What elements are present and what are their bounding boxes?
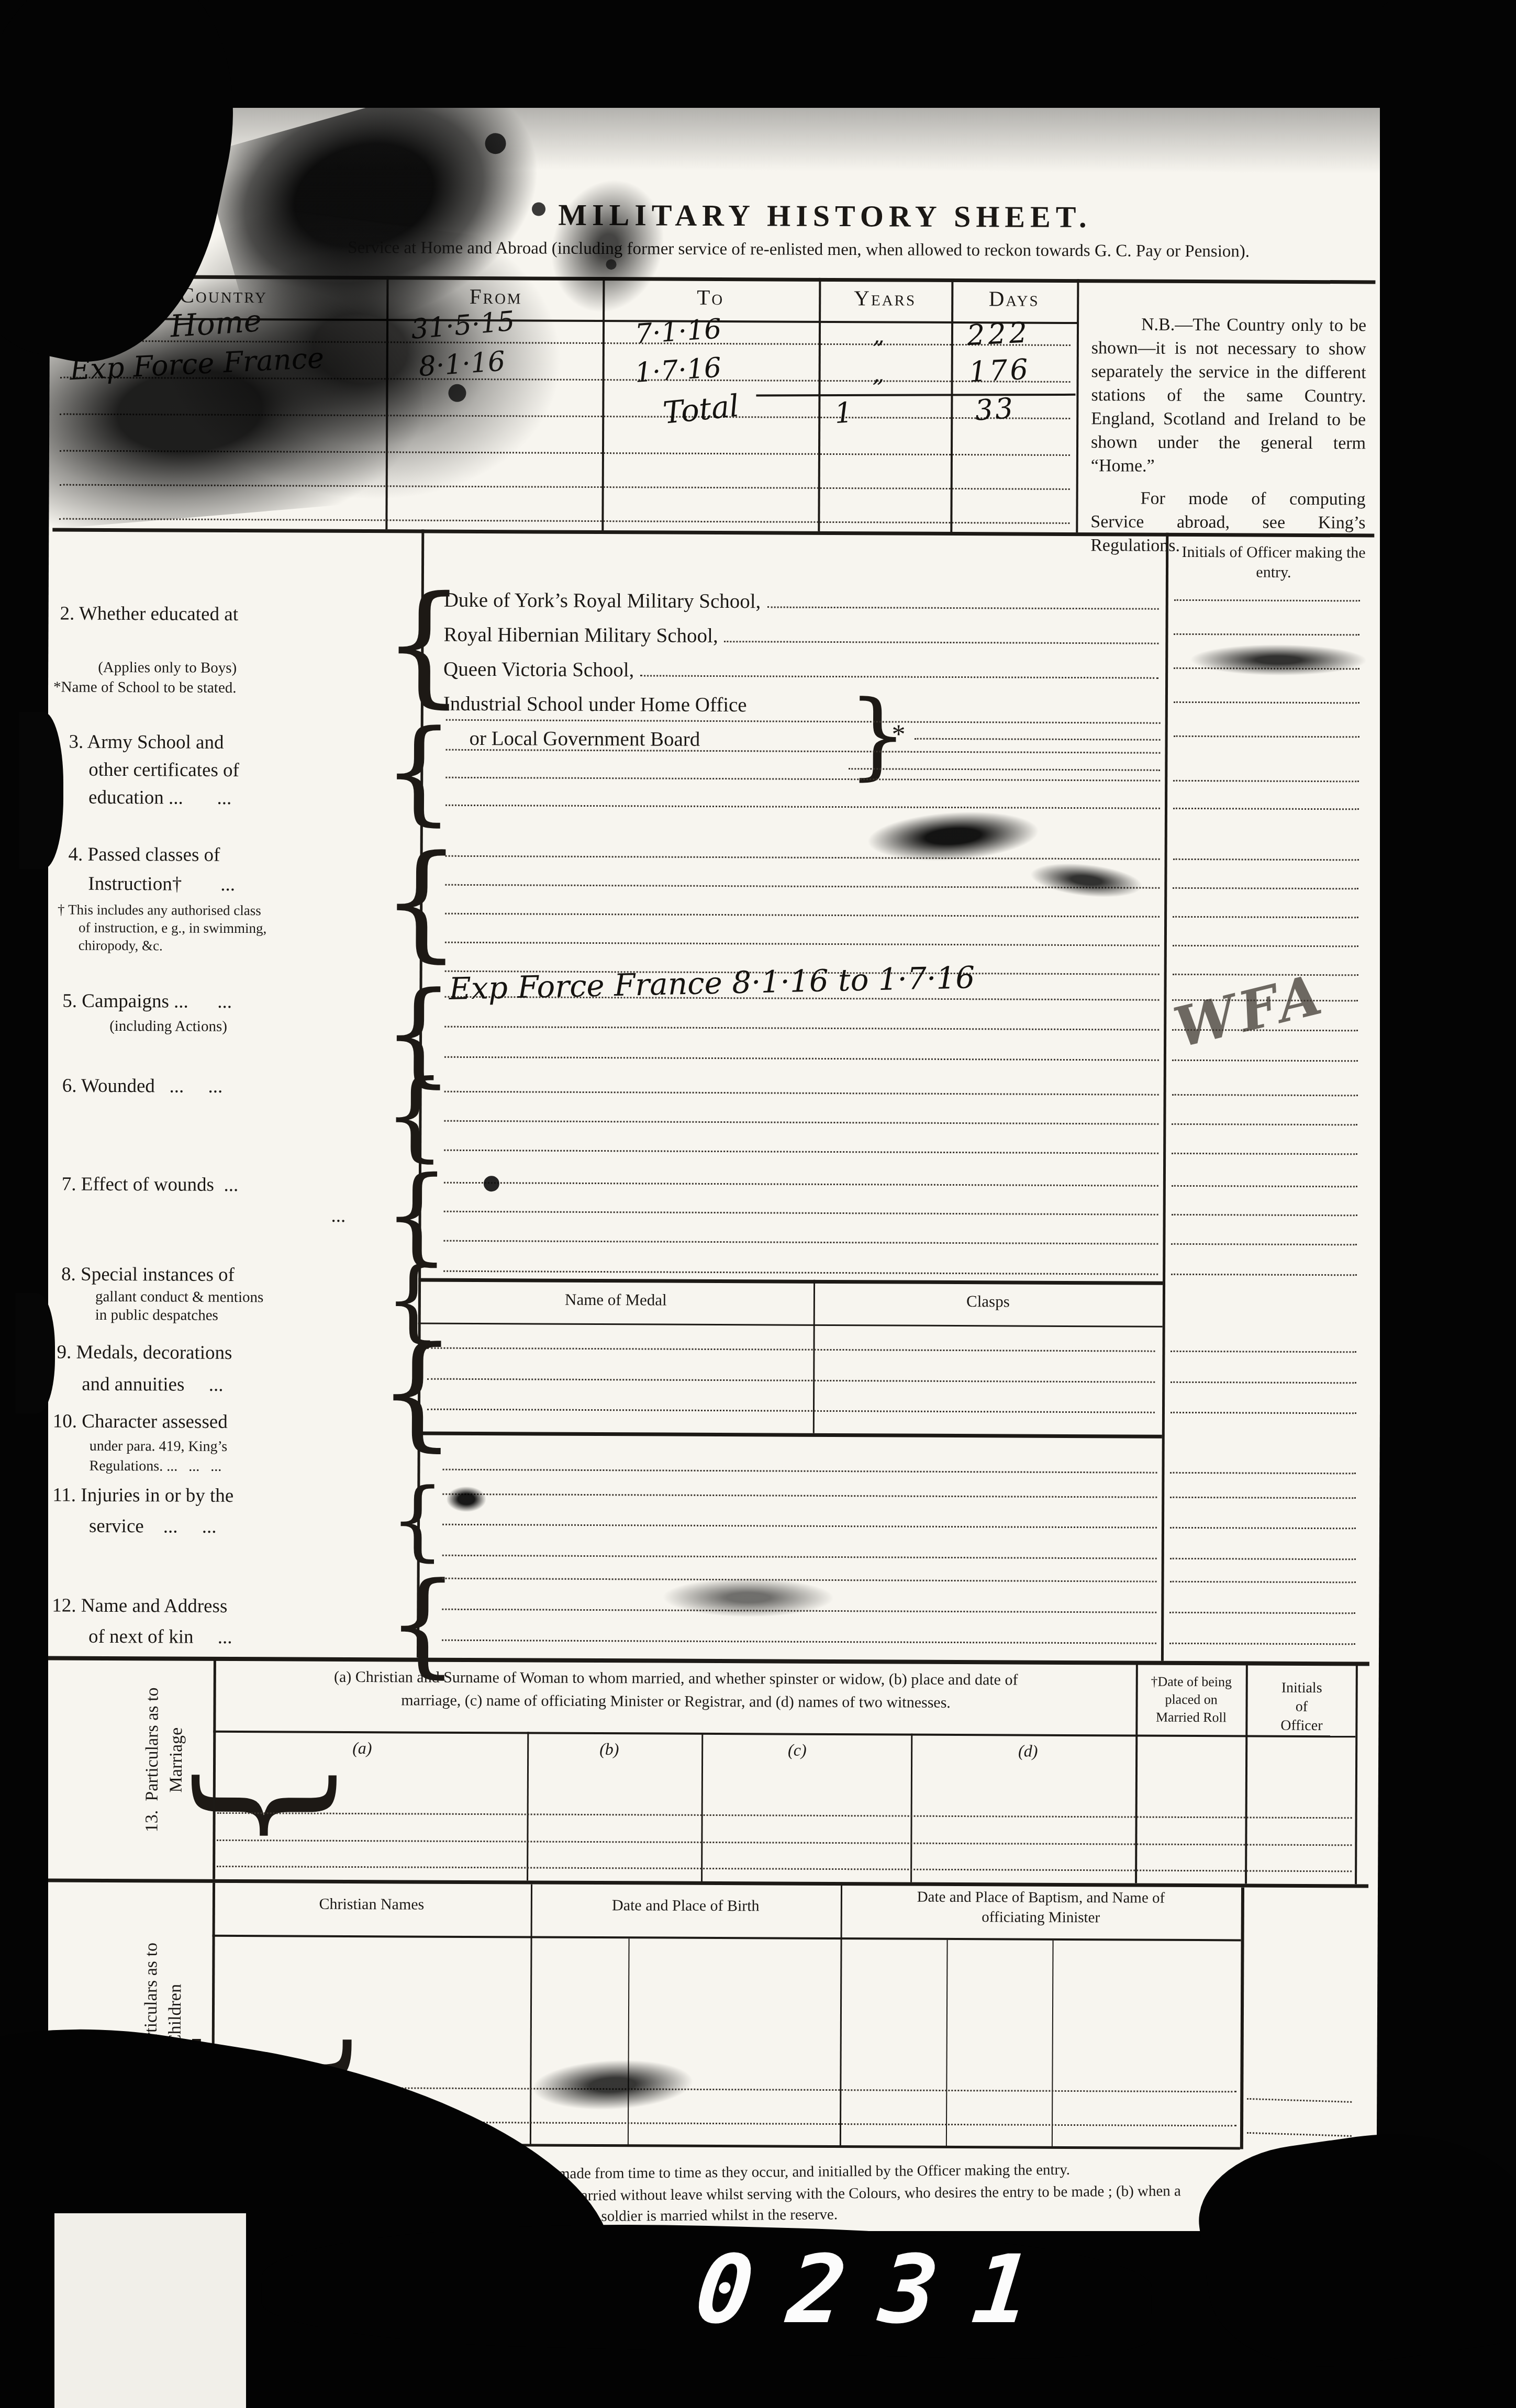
marriage-initials-header: Officer <box>1247 1717 1355 1734</box>
scan-edge-blob <box>19 712 63 869</box>
dotted-line <box>1174 667 1359 670</box>
entry-total-days: 33 <box>974 392 1016 427</box>
entry-to-row2: 1·7·16 <box>634 352 722 389</box>
marriage-col-b: (b) <box>599 1740 619 1759</box>
entry-total-label: Total <box>661 388 741 431</box>
marriage-header-text: marriage, (c) name of officiating Minist… <box>219 1691 1133 1713</box>
dotted-line <box>1170 1472 1356 1475</box>
dotted-line <box>444 1091 1159 1096</box>
rule <box>1355 1664 1358 1884</box>
page-subtitle: Service at Home and Abroad (including fo… <box>223 238 1375 262</box>
rule <box>213 1731 1355 1738</box>
dotted-line <box>1172 1214 1357 1217</box>
section-7-label: 7. Effect of wounds ... <box>62 1173 239 1196</box>
rule <box>418 1278 1163 1285</box>
section-4-label: 4. Passed classes of <box>69 843 220 866</box>
school-option: Queen Victoria School, <box>443 657 1161 684</box>
rule <box>530 1884 532 2146</box>
dotted-line <box>444 1150 1158 1154</box>
scan-edge-blob <box>16 1293 55 1413</box>
dotted-line <box>1173 808 1359 810</box>
entry-country-row1: Home <box>169 303 263 344</box>
dotted-line <box>1247 2098 1352 2103</box>
section-11-label: service ... ... <box>89 1515 217 1538</box>
dotted-line <box>1171 1351 1356 1353</box>
rule <box>48 1656 1369 1666</box>
dotted-line <box>1247 2132 1352 2137</box>
ink-spatter <box>448 384 466 402</box>
rule <box>213 1935 1241 1942</box>
section-6-label: 6. Wounded ... ... <box>62 1075 223 1098</box>
ink-smudge <box>1189 644 1367 676</box>
dotted-line <box>59 518 1069 524</box>
stamp-number: 0231 <box>690 2235 1071 2345</box>
entry-from-row1: 31·5·15 <box>410 306 516 345</box>
col-header-days: Days <box>951 286 1077 311</box>
dotted-line <box>1174 735 1359 738</box>
section-9-label: and annuities ... <box>82 1373 223 1396</box>
dotted-tail <box>724 641 1159 644</box>
section-8-label: 8. Special instances of <box>61 1263 235 1286</box>
dotted-line <box>442 1578 1157 1582</box>
col-header-years: Years <box>819 285 951 311</box>
section-10-label: 10. Character assessed <box>53 1410 228 1433</box>
column-rule <box>601 277 605 530</box>
dotted-line <box>60 414 1070 419</box>
section-3-label: education ... ... <box>88 786 232 809</box>
section-2-label: 2. Whether educated at <box>60 603 239 626</box>
dotted-line <box>1173 945 1358 947</box>
dotted-line <box>1173 780 1359 783</box>
dotted-line <box>428 1347 1155 1352</box>
brace: { <box>383 715 455 828</box>
dotted-line <box>445 913 1160 918</box>
married-roll-header: Married Roll <box>1136 1710 1245 1726</box>
rule <box>418 1432 1162 1439</box>
brace: { <box>378 1330 457 1454</box>
dotted-line <box>445 942 1160 946</box>
dotted-line <box>1171 1243 1357 1246</box>
school-option-label: Industrial School under Home Office <box>443 692 747 717</box>
dotted-line <box>446 719 1161 724</box>
dotted-line <box>445 855 1160 860</box>
scan-noise <box>50 99 1386 173</box>
school-option: Industrial School under Home Office <box>443 692 1161 719</box>
column-rule <box>818 278 821 531</box>
dotted-line <box>1173 916 1358 919</box>
dotted-tail <box>767 606 1158 609</box>
dotted-line <box>1170 1558 1356 1560</box>
dotted-line <box>442 1524 1157 1529</box>
dotted-line <box>1170 1497 1356 1499</box>
medal-table-header-clasps: Clasps <box>813 1291 1163 1312</box>
school-option-label: Duke of York’s Royal Military School, <box>444 588 761 614</box>
ink-smudge <box>530 2056 695 2114</box>
marriage-initials-header: Initials <box>1248 1679 1356 1697</box>
entry-to-row1: 7·1·16 <box>634 313 722 350</box>
rule <box>418 1323 1163 1328</box>
total-rule <box>756 394 1075 397</box>
column-rule <box>1076 279 1079 532</box>
dotted-line <box>1171 1381 1356 1384</box>
children-col-names: Christian Names <box>213 1895 531 1914</box>
entry-years-row2: „ <box>873 361 885 387</box>
dotted-line <box>60 450 1070 456</box>
entry-days-row1: 222 <box>966 316 1031 352</box>
children-col-baptism: Date and Place of Baptism, and Name of <box>841 1888 1241 1907</box>
marriage-side-text: Particulars as to <box>142 1687 162 1801</box>
dotted-line <box>1172 1123 1357 1126</box>
rule <box>628 1938 630 2146</box>
dotted-line <box>444 1056 1159 1061</box>
rule <box>47 1878 1368 1888</box>
marriage-header-text: (a) Christian and Surname of Woman to wh… <box>219 1668 1133 1690</box>
section-4-footnote: † This includes any authorised class <box>58 902 261 919</box>
section-5-label: 5. Campaigns ... ... <box>62 990 232 1013</box>
marriage-col-c: (c) <box>788 1741 807 1760</box>
entry-total-years: 1 <box>833 396 853 430</box>
school-option-label: or Local Government Board <box>469 727 700 751</box>
dotted-line <box>427 1409 1155 1413</box>
dotted-line <box>1174 599 1360 602</box>
section-8-note: gallant conduct & mentions <box>95 1288 264 1306</box>
dotted-line <box>442 1469 1157 1474</box>
dotted-line <box>1169 1612 1355 1614</box>
dotted-line <box>1171 1412 1356 1414</box>
section-3-label: 3. Army School and <box>69 731 224 754</box>
school-option-label: Royal Hibernian Military School, <box>443 623 718 648</box>
campaigns-officer-initials: WFA <box>1168 961 1332 1061</box>
section-3-label: other certificates of <box>88 759 239 782</box>
dotted-line <box>445 777 1160 782</box>
rule <box>1052 1941 1054 2148</box>
marriage-col-d: (d) <box>1018 1742 1038 1761</box>
children-col-birth: Date and Place of Birth <box>531 1896 841 1915</box>
ink-smudge <box>1025 857 1149 904</box>
ink-spatter <box>485 133 506 154</box>
dotted-line <box>1173 859 1359 861</box>
children-col-baptism: officiating Minister <box>841 1908 1241 1927</box>
section-10-note: under para. 419, King’s <box>90 1438 228 1455</box>
dotted-line <box>442 1609 1156 1613</box>
dotted-line <box>443 1270 1158 1275</box>
rule <box>701 1733 703 1881</box>
marriage-side-number: 13. <box>142 1810 161 1833</box>
brace: { <box>390 1477 445 1563</box>
brace: { <box>384 1067 446 1164</box>
school-option: Duke of York’s Royal Military School, <box>444 588 1161 615</box>
section-12-label: 12. Name and Address <box>52 1594 227 1617</box>
ink-smudge <box>447 1487 486 1512</box>
school-option-label: Queen Victoria School, <box>443 657 634 682</box>
dotted-line <box>60 484 1070 490</box>
married-roll-header: placed on <box>1137 1692 1246 1708</box>
ink-spatter <box>606 259 617 270</box>
rule <box>946 1940 948 2148</box>
medal-table-header-name: Name of Medal <box>418 1290 813 1310</box>
section-5-note: (including Actions) <box>109 1018 227 1035</box>
section-2-note1: (Applies only to Boys) <box>98 659 237 677</box>
dotted-line <box>1172 1060 1358 1062</box>
section-9-label: 9. Medals, decorations <box>57 1341 232 1364</box>
dotted-line <box>1170 1581 1356 1584</box>
school-option: Royal Hibernian Military School, <box>443 623 1161 650</box>
marriage-col-a: (a) <box>352 1738 372 1758</box>
section-10-note: Regulations. ... ... ... <box>89 1458 221 1475</box>
dotted-line <box>442 1493 1157 1498</box>
section-2-note2: *Name of School to be stated. <box>53 678 237 697</box>
dotted-line <box>1172 1153 1357 1155</box>
dotted-line <box>1170 1527 1356 1530</box>
section-4-footnote: chiropody, &c. <box>79 938 163 954</box>
dotted-line <box>1171 1274 1357 1276</box>
col-header-from: From <box>391 283 600 309</box>
entry-days-row2: 176 <box>968 353 1031 389</box>
form-page: MILITARY HISTORY SHEET. Service at Home … <box>41 99 1386 2241</box>
entry-from-row2: 8·1·16 <box>418 346 506 383</box>
nb-paragraph-1: N.B.—The Country only to be shown—it is … <box>1091 313 1366 478</box>
dotted-line <box>442 1555 1157 1559</box>
rule <box>527 1732 529 1880</box>
brace: { <box>381 838 462 964</box>
dotted-line <box>1174 633 1359 636</box>
dotted-line <box>217 1812 1352 1819</box>
dotted-line <box>444 1026 1159 1031</box>
dotted-line <box>445 884 1160 889</box>
dotted-line <box>217 1866 1352 1872</box>
dotted-line <box>442 1640 1156 1644</box>
initials-column-header: Initials of Officer making the entry. <box>1179 542 1368 583</box>
dotted-line <box>445 805 1160 809</box>
white-card <box>54 2213 246 2408</box>
marriage-initials-header: of <box>1247 1698 1355 1715</box>
col-header-to: To <box>606 284 815 310</box>
dotted-line <box>427 1378 1155 1383</box>
dotted-line <box>443 1240 1158 1245</box>
married-roll-header: †Date of being <box>1137 1674 1246 1690</box>
dotted-line <box>444 1120 1158 1125</box>
section-4-label: Instruction† ... <box>88 873 235 896</box>
dotted-line <box>444 1182 1158 1187</box>
dotted-line <box>1174 701 1359 704</box>
section-7-label: ... <box>331 1205 346 1227</box>
dotted-line <box>1169 1643 1355 1645</box>
dotted-line <box>1172 1094 1358 1097</box>
dotted-line <box>1172 1185 1357 1188</box>
column-rule <box>385 276 388 529</box>
dotted-line <box>1173 887 1358 890</box>
page-title: MILITARY HISTORY SHEET. <box>417 197 1233 236</box>
section-8-note: in public despatches <box>95 1307 218 1324</box>
initials-column-rule <box>1161 533 1168 1661</box>
section-4-footnote: of instruction, e g., in swimming, <box>79 920 266 937</box>
scanned-military-history-sheet: MILITARY HISTORY SHEET. Service at Home … <box>0 0 1516 2408</box>
rule <box>910 1734 912 1882</box>
column-rule <box>950 278 953 532</box>
section-12-label: of next of kin ... <box>88 1625 232 1648</box>
entry-years-row1: „ <box>873 322 885 349</box>
dotted-tail <box>640 675 1158 678</box>
dotted-line <box>217 1840 1352 1846</box>
dotted-line <box>444 1211 1158 1216</box>
section-11-label: 11. Injuries in or by the <box>52 1484 233 1507</box>
asterisk-mark: * <box>892 719 906 750</box>
scan-edge-right <box>1380 0 1516 2408</box>
brace: { <box>387 1567 459 1680</box>
